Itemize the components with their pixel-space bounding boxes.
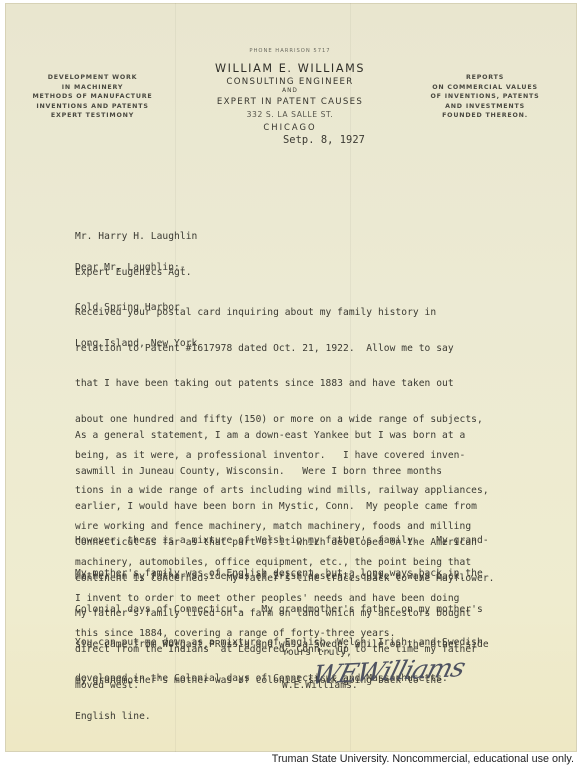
salutation: Dear Mr. Laughlin:- — [75, 262, 186, 274]
letterhead-title-2: EXPERT IN PATENT CAUSES — [150, 97, 430, 107]
body-line: relation to Patent #1617978 dated Oct. 2… — [75, 343, 489, 355]
recipient-line: Mr. Harry H. Laughlin — [75, 231, 197, 243]
body-line: English line. — [75, 711, 489, 723]
letterhead-right-line: FOUNDED THEREON. — [420, 111, 550, 121]
letterhead-right-line: REPORTS — [420, 73, 550, 83]
letterhead-left-line: DEVELOPMENT WORK — [30, 73, 155, 83]
letterhead-right-column: REPORTS ON COMMERCIAL VALUES OF INVENTIO… — [420, 73, 550, 121]
body-line: My mother's family was of English descen… — [75, 568, 489, 580]
letterhead-name: WILLIAM E. WILLIAMS — [150, 62, 430, 75]
body-line: You can put me down as a mixture of Engl… — [75, 637, 483, 649]
letterhead-left-line: IN MACHINERY — [30, 83, 155, 93]
letterhead-city: CHICAGO — [150, 122, 430, 132]
letterhead-and: AND — [150, 88, 430, 94]
letterhead-left-line: INVENTIONS AND PATENTS — [30, 102, 155, 112]
body-line: sawmill in Juneau County, Wisconsin. Wer… — [75, 466, 494, 478]
letterhead-right-line: OF INVENTIONS, PATENTS — [420, 92, 550, 102]
archive-caption: Truman State University. Noncommercial, … — [272, 753, 574, 765]
letterhead-left-column: DEVELOPMENT WORK IN MACHINERY METHODS OF… — [30, 73, 155, 121]
letterhead-right-line: ON COMMERCIAL VALUES — [420, 83, 550, 93]
letterhead-left-line: EXPERT TESTIMONY — [30, 111, 155, 121]
body-line: Received your postal card inquiring abou… — [75, 307, 489, 319]
letter-date: Setp. 8, 1927 — [283, 135, 365, 147]
typed-signature-name: W.E.Williams. — [282, 680, 358, 692]
letterhead-phone: PHONE HARRISON 5717 — [190, 48, 390, 54]
body-line: that I have been taking out patents sinc… — [75, 378, 489, 390]
letterhead-left-line: METHODS OF MANUFACTURE — [30, 92, 155, 102]
closing: Yours truly, — [282, 647, 352, 659]
letterhead-street: 332 S. LA SALLE ST. — [150, 110, 430, 119]
letterhead-right-line: AND INVESTMENTS — [420, 102, 550, 112]
body-line: As a general statement, I am a down-east… — [75, 430, 494, 442]
letterhead-title-1: CONSULTING ENGINEER — [150, 77, 430, 87]
